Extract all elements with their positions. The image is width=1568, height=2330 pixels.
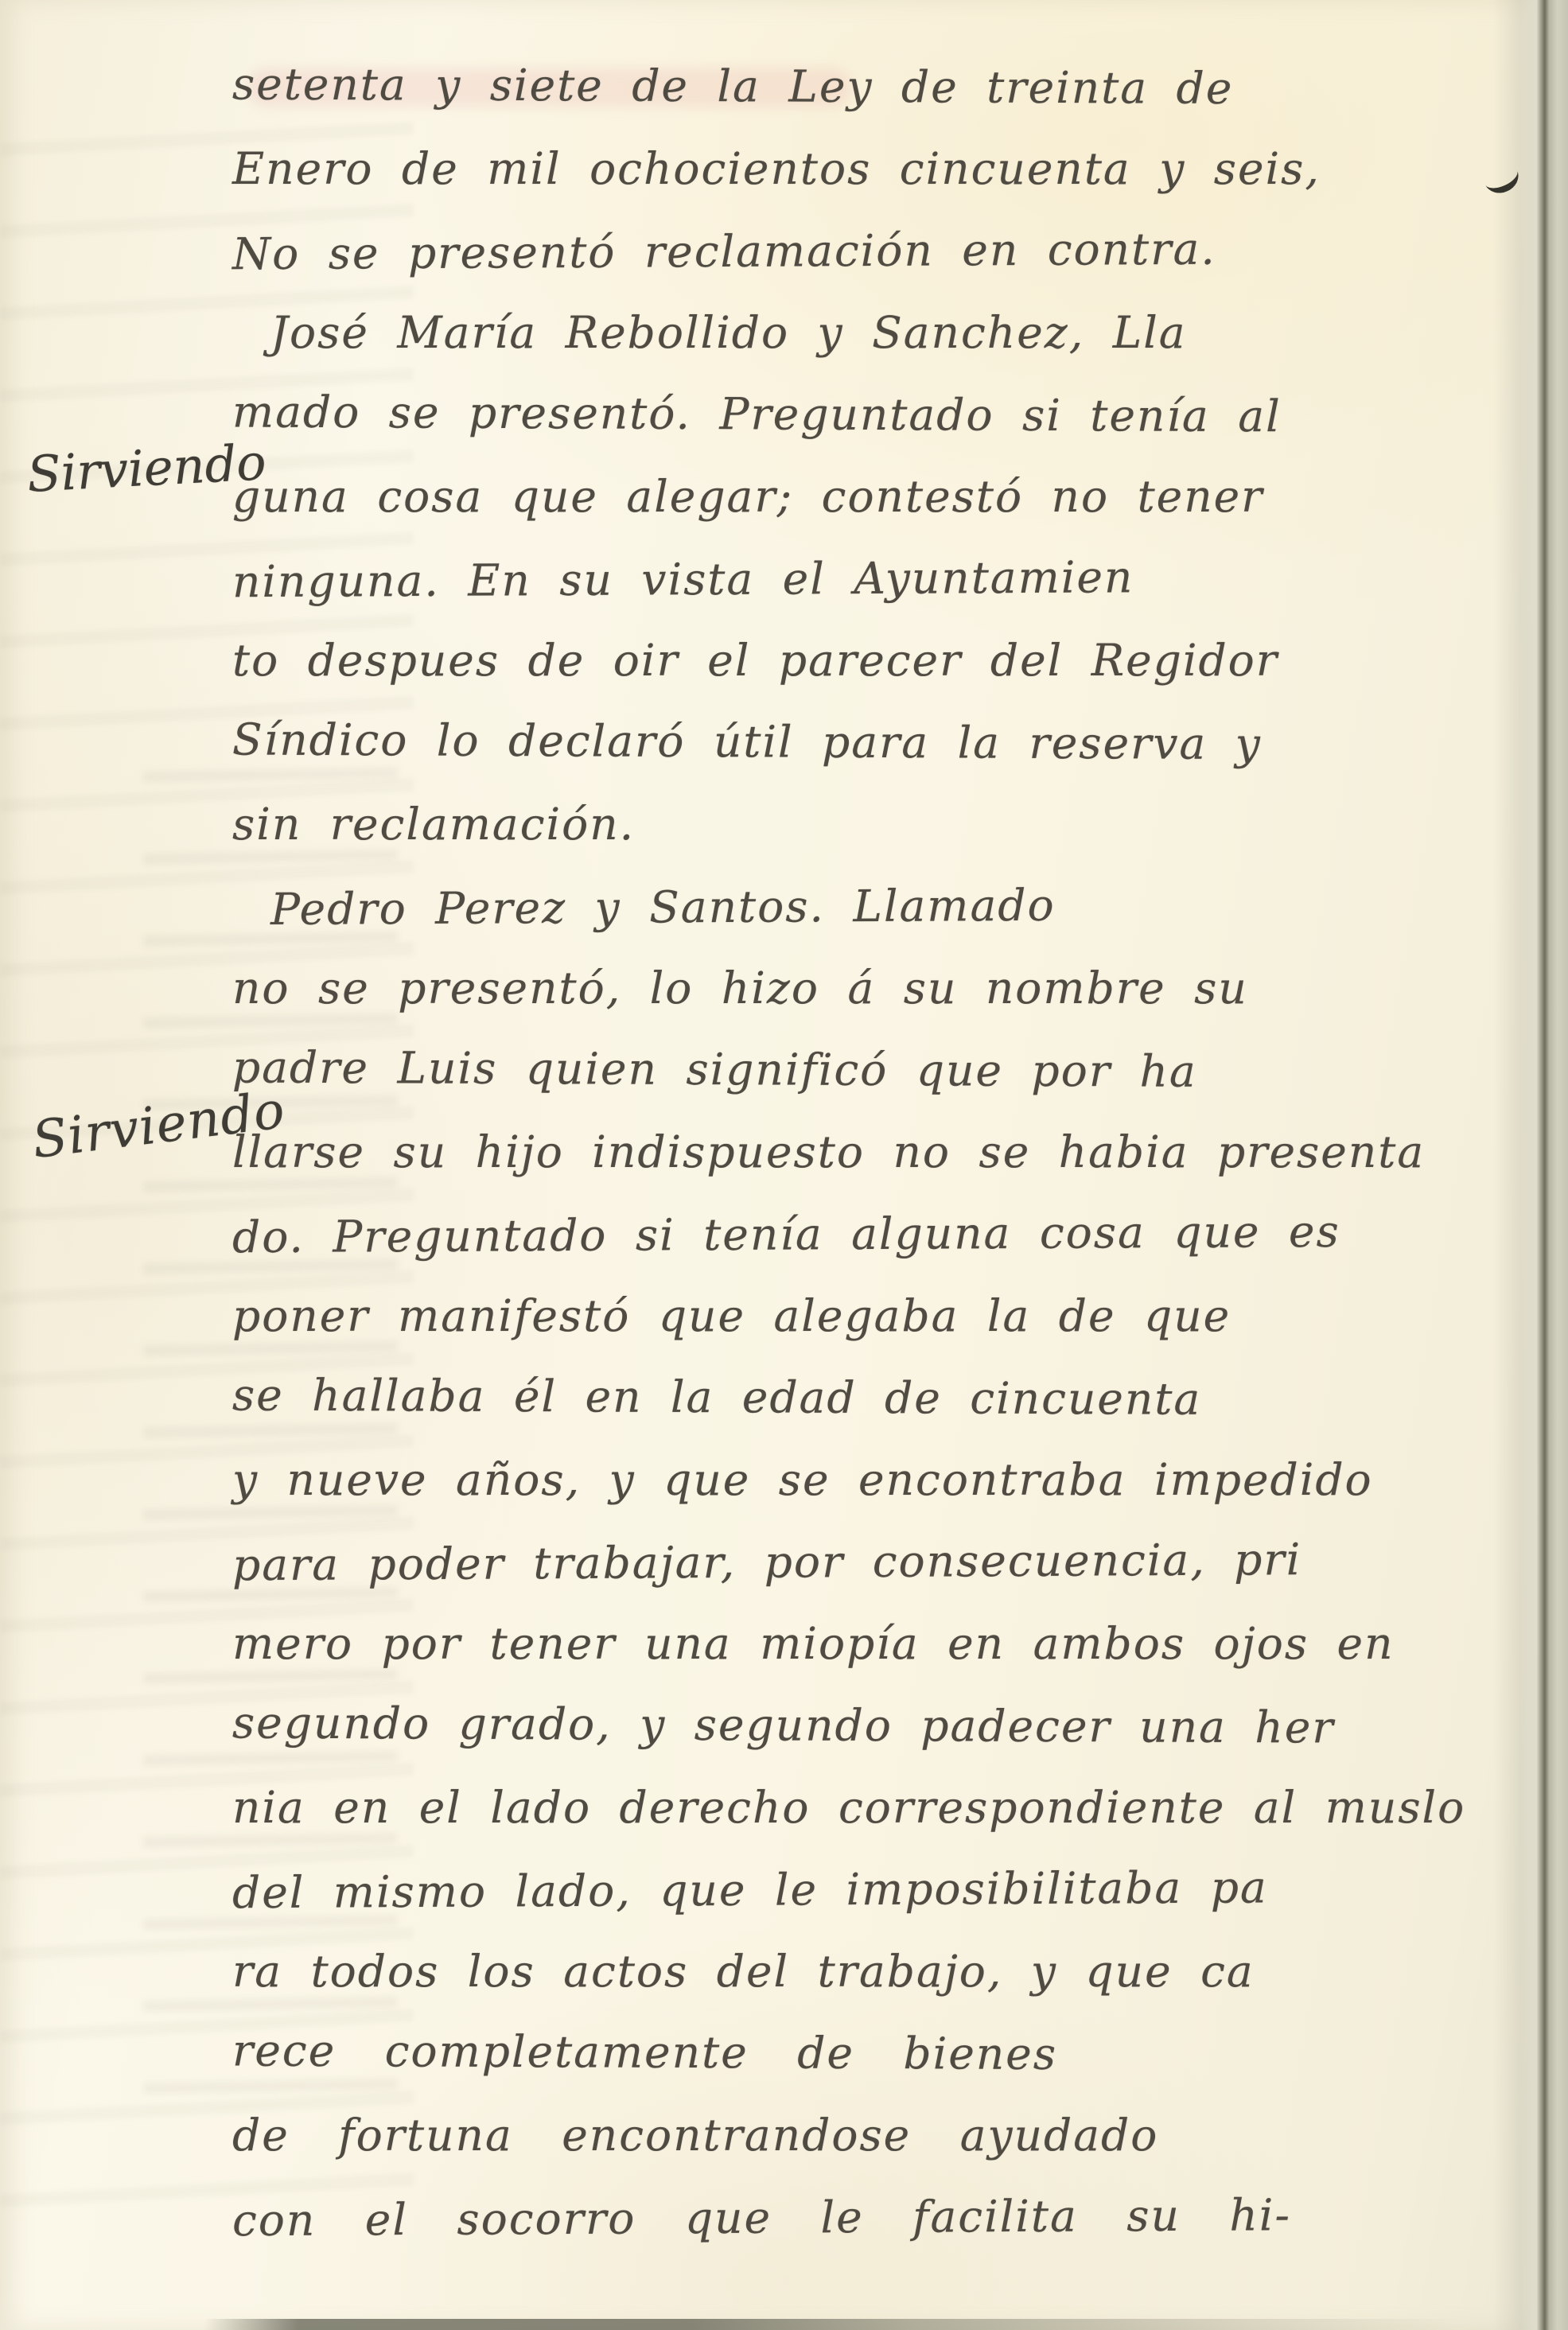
manuscript-line: Síndico lo declaró útil para la reserva …: [232, 698, 1513, 786]
manuscript-line: mado se presentó. Preguntado si tenía al: [232, 371, 1513, 458]
manuscript-line: del mismo lado, que le imposibilitaba pa: [232, 1846, 1514, 1934]
manuscript-line: Enero de mil ochocientos cincuenta y sei…: [232, 128, 1513, 210]
manuscript-line: mero por tener una miopía en ambos ojos …: [232, 1603, 1513, 1685]
manuscript-line: segundo grado, y segundo padecer una her: [232, 1682, 1513, 1769]
manuscript-line: rece completamente de bienes: [232, 2009, 1513, 2097]
manuscript-line: y nueve años, y que se encontraba impedi…: [232, 1439, 1513, 1521]
manuscript-line: no se presentó, lo hizo á su nombre su: [232, 947, 1513, 1029]
manuscript-line: para poder trabajar, por consecuencia, p…: [232, 1518, 1514, 1606]
manuscript-line: poner manifestó que alegaba la de que: [232, 1275, 1513, 1357]
manuscript-line: No se presentó reclamación en contra.: [232, 207, 1514, 295]
manuscript-line: llarse su hijo indispuesto no se habia p…: [232, 1111, 1513, 1193]
manuscript-line: setenta y siete de la Ley de treinta de: [232, 43, 1513, 130]
page-bottom-edge: [0, 2319, 1568, 2330]
manuscript-line: do. Preguntado si tenía alguna cosa que …: [232, 1190, 1514, 1278]
manuscript-line: to despues de oir el parecer del Regidor: [232, 620, 1513, 702]
manuscript-text-column: setenta y siete de la Ley de treinta de …: [232, 46, 1513, 2258]
manuscript-line: guna cosa que alegar; contestó no tener: [232, 456, 1513, 538]
page-binding-edge: [1493, 0, 1568, 2330]
manuscript-line: con el socorro que le facilita su hi-: [232, 2173, 1514, 2262]
manuscript-line: ra todos los actos del trabajo, y que ca: [232, 1931, 1513, 2013]
manuscript-line: de fortuna encontrandose ayudado: [232, 2095, 1513, 2176]
manuscript-line: José María Rebollido y Sanchez, Lla: [232, 292, 1513, 374]
manuscript-line: padre Luis quien significó que por ha: [232, 1026, 1513, 1114]
manuscript-line: se hallaba él en la edad de cincuenta: [232, 1354, 1513, 1441]
manuscript-page: Sirviendo Sirviendo setenta y siete de l…: [0, 0, 1568, 2330]
manuscript-line: sin reclamación.: [232, 784, 1513, 865]
manuscript-line: Pedro Perez y Santos. Llamado: [232, 862, 1514, 951]
manuscript-line: ninguna. En su vista el Ayuntamien: [232, 535, 1514, 623]
manuscript-line: nia en el lado derecho correspondiente a…: [232, 1767, 1513, 1849]
